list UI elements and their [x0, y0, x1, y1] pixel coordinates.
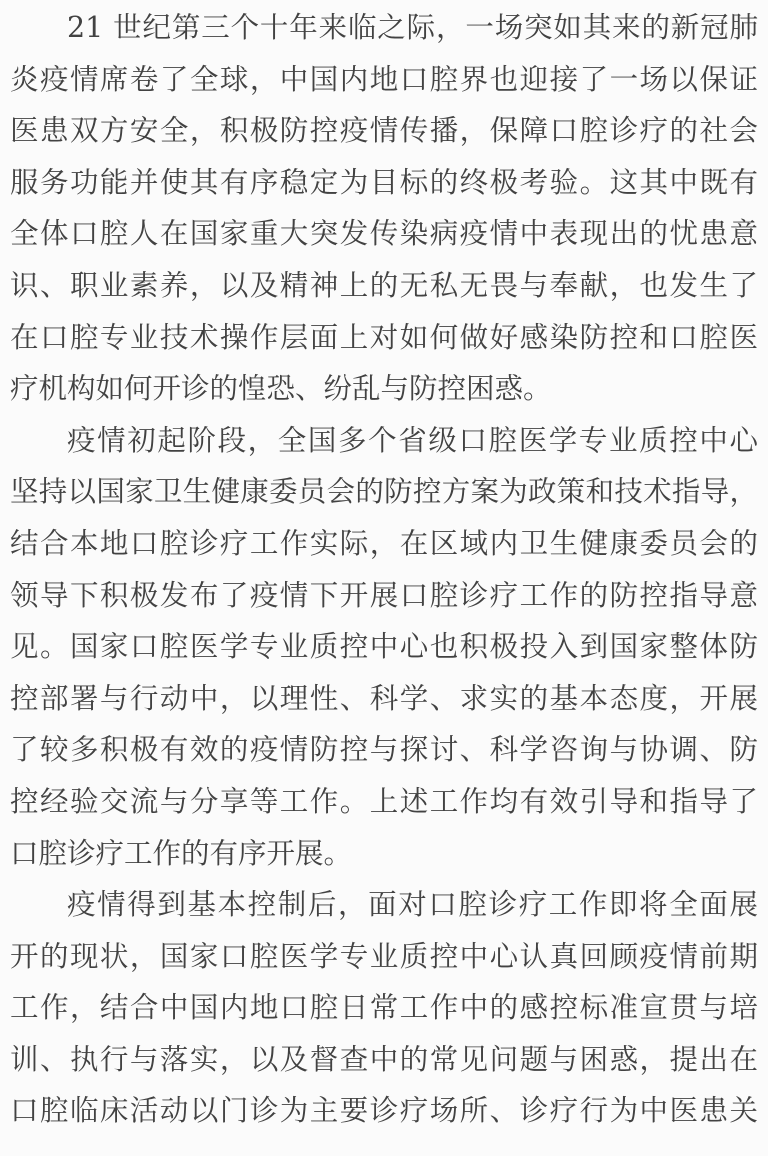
text-line: 坚持以国家卫生健康委员会的防控方案为政策和技术指导，: [10, 466, 758, 518]
text-line: 识、职业素养，以及精神上的无私无畏与奉献，也发生了: [10, 260, 758, 312]
text-line: 口腔临床活动以门诊为主要诊疗场所、诊疗行为中医患关: [10, 1085, 758, 1137]
text-line: 开的现状，国家口腔医学专业质控中心认真回顾疫情前期: [10, 931, 758, 983]
text-line: 训、执行与落实，以及督查中的常见问题与困惑，提出在: [10, 1034, 758, 1086]
paragraph: 21 世纪第三个十年来临之际，一场突如其来的新冠肺炎疫情席卷了全球，中国内地口腔…: [10, 2, 758, 415]
text-line: 工作，结合中国内地口腔日常工作中的感控标准宣贯与培: [10, 982, 758, 1034]
text-line: 炎疫情席卷了全球，中国内地口腔界也迎接了一场以保证: [10, 54, 758, 106]
document-page: 21 世纪第三个十年来临之际，一场突如其来的新冠肺炎疫情席卷了全球，中国内地口腔…: [0, 0, 768, 1156]
paragraph: 疫情初起阶段，全国多个省级口腔医学专业质控中心坚持以国家卫生健康委员会的防控方案…: [10, 415, 758, 879]
text-line: 控部署与行动中，以理性、科学、求实的基本态度，开展: [10, 673, 758, 725]
text-line: 21 世纪第三个十年来临之际，一场突如其来的新冠肺: [10, 2, 758, 54]
text-line: 在口腔专业技术操作层面上对如何做好感染防控和口腔医: [10, 312, 758, 364]
text-line: 疗机构如何开诊的惶恐、纷乱与防控困惑。: [10, 363, 758, 415]
text-line: 领导下积极发布了疫情下开展口腔诊疗工作的防控指导意: [10, 570, 758, 622]
text-line: 了较多积极有效的疫情防控与探讨、科学咨询与协调、防: [10, 724, 758, 776]
text-line: 结合本地口腔诊疗工作实际，在区域内卫生健康委员会的: [10, 518, 758, 570]
text-line: 服务功能并使其有序稳定为目标的终极考验。这其中既有: [10, 157, 758, 209]
text-line: 口腔诊疗工作的有序开展。: [10, 828, 758, 880]
text-line: 疫情得到基本控制后，面对口腔诊疗工作即将全面展: [10, 879, 758, 931]
text-line: 全体口腔人在国家重大突发传染病疫情中表现出的忧患意: [10, 208, 758, 260]
text-line: 见。国家口腔医学专业质控中心也积极投入到国家整体防: [10, 621, 758, 673]
paragraph: 疫情得到基本控制后，面对口腔诊疗工作即将全面展开的现状，国家口腔医学专业质控中心…: [10, 879, 758, 1137]
text-line: 医患双方安全，积极防控疫情传播，保障口腔诊疗的社会: [10, 105, 758, 157]
text-line: 控经验交流与分享等工作。上述工作均有效引导和指导了: [10, 776, 758, 828]
text-line: 疫情初起阶段，全国多个省级口腔医学专业质控中心: [10, 415, 758, 467]
